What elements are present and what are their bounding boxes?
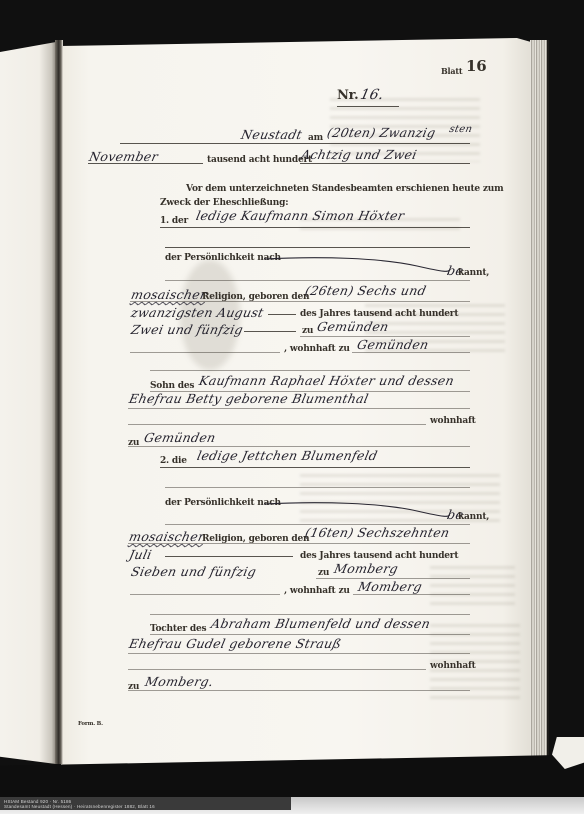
rule: [128, 690, 470, 691]
bride-parent-residence: Momberg.: [144, 675, 215, 688]
groom-zu-label: zu: [302, 326, 313, 336]
rule: [352, 352, 470, 353]
rule: [130, 352, 280, 353]
filler-stroke: [262, 500, 452, 518]
nr-value: 16.: [359, 89, 385, 102]
groom-parent: Kaufmann Raphael Höxter und dessen: [198, 374, 455, 387]
intro-line-2: Zweck der Eheschließung:: [160, 198, 288, 208]
form-note: Form. B.: [78, 719, 103, 729]
rule: [130, 301, 470, 302]
rule: [120, 143, 470, 144]
rule: [128, 446, 470, 447]
groom-known-printed: kannt,: [458, 268, 489, 278]
book-gutter: [55, 40, 63, 764]
bride-resident-printed: , wohnhaft zu: [284, 586, 350, 596]
rule: [128, 424, 426, 425]
bride-residence: Momberg: [357, 580, 423, 593]
bride-religion-hw: mosaischer: [128, 530, 206, 543]
groom-parent-label: Sohn des: [150, 381, 194, 391]
bride-known-printed: kannt,: [458, 512, 489, 522]
left-page-edge: [0, 42, 56, 764]
rule: [128, 669, 426, 670]
groom-item-label: 1. der: [160, 216, 188, 226]
rule: [150, 634, 470, 635]
rule: [165, 487, 470, 488]
rule: [337, 106, 399, 107]
groom-birth-place: Gemünden: [316, 320, 390, 333]
rule: [150, 614, 470, 615]
filler-stroke: [262, 255, 452, 273]
scanned-register-page: Blatt 16 Nr. 16. Neustadt am (20ten) Zwa…: [0, 0, 584, 814]
rule: [160, 467, 470, 468]
rule: [300, 163, 470, 164]
rule: [353, 594, 470, 595]
rule: [150, 370, 470, 371]
bride-birth-day: (16ten) Sechszehnten: [304, 526, 451, 539]
groom-parent-residence: Gemünden: [143, 431, 217, 444]
year-printed: tausend acht hundert: [207, 155, 312, 165]
ink-bleedthrough: [430, 560, 515, 605]
intro-line-1: Vor dem unterzeichneten Standesbeamten e…: [186, 184, 503, 194]
bride-parent2: Ehefrau Gudel geborene Strauß: [128, 637, 343, 650]
groom-residence: Gemünden: [356, 338, 430, 351]
groom-birth-day: (26ten) Sechs und: [304, 284, 427, 297]
blatt-label: Blatt: [441, 66, 462, 76]
nr-label: Nr.: [337, 91, 358, 101]
date-day-suffix: sten: [448, 123, 473, 136]
date-place: Neustadt: [240, 128, 303, 141]
groom-resident-printed: , wohnhaft zu: [284, 344, 350, 354]
bride-wohnhaft-label: wohnhaft: [430, 661, 476, 671]
bride-item-label: 2. die: [160, 456, 187, 466]
groom-birth-year: Zwei und fünfzig: [130, 323, 244, 336]
rule: [130, 594, 280, 595]
am-label: am: [308, 133, 323, 143]
rule: [88, 163, 203, 164]
bride-name: ledige Jettchen Blumenfeld: [196, 449, 379, 462]
rule: [244, 331, 296, 332]
date-month: November: [88, 150, 159, 163]
bride-parent-label: Tochter des: [150, 624, 206, 634]
date-year: Achtzig und Zwei: [300, 148, 418, 161]
rule: [165, 556, 293, 557]
bride-birth-place: Momberg: [333, 562, 399, 575]
bride-birth-year: Sieben und fünfzig: [130, 565, 258, 578]
groom-wohnhaft-label: wohnhaft: [430, 416, 476, 426]
bride-birth-day2: Juli: [128, 548, 153, 561]
groom-year-printed: des Jahres tausend acht hundert: [300, 309, 458, 319]
rule: [160, 227, 470, 228]
groom-name: ledige Kaufmann Simon Höxter: [195, 209, 406, 222]
rule: [128, 653, 470, 654]
bride-parent: Abraham Blumenfeld und dessen: [210, 617, 432, 630]
archive-caption-box: HStAM Bestand 920 · Nr. 5186 Standesamt …: [0, 797, 291, 810]
archive-caption-line-2: Standesamt Neustadt (Hessen) · Heiratsne…: [4, 804, 155, 809]
blatt-number: 16: [466, 61, 486, 71]
rule: [165, 280, 470, 281]
groom-parent2: Ehefrau Betty geborene Blumenthal: [128, 392, 370, 405]
rule: [165, 247, 470, 248]
bride-zu-label: zu: [318, 568, 329, 578]
rule: [128, 408, 470, 409]
book-fore-edge: [530, 40, 549, 760]
rule: [128, 543, 470, 544]
date-day: (20ten) Zwanzig: [326, 126, 437, 139]
rule: [268, 314, 296, 315]
bride-year-printed: des Jahres tausend acht hundert: [300, 551, 458, 561]
groom-birth-day2: zwanzigsten August: [130, 306, 265, 319]
groom-religion-hw: mosaischer: [130, 288, 208, 301]
